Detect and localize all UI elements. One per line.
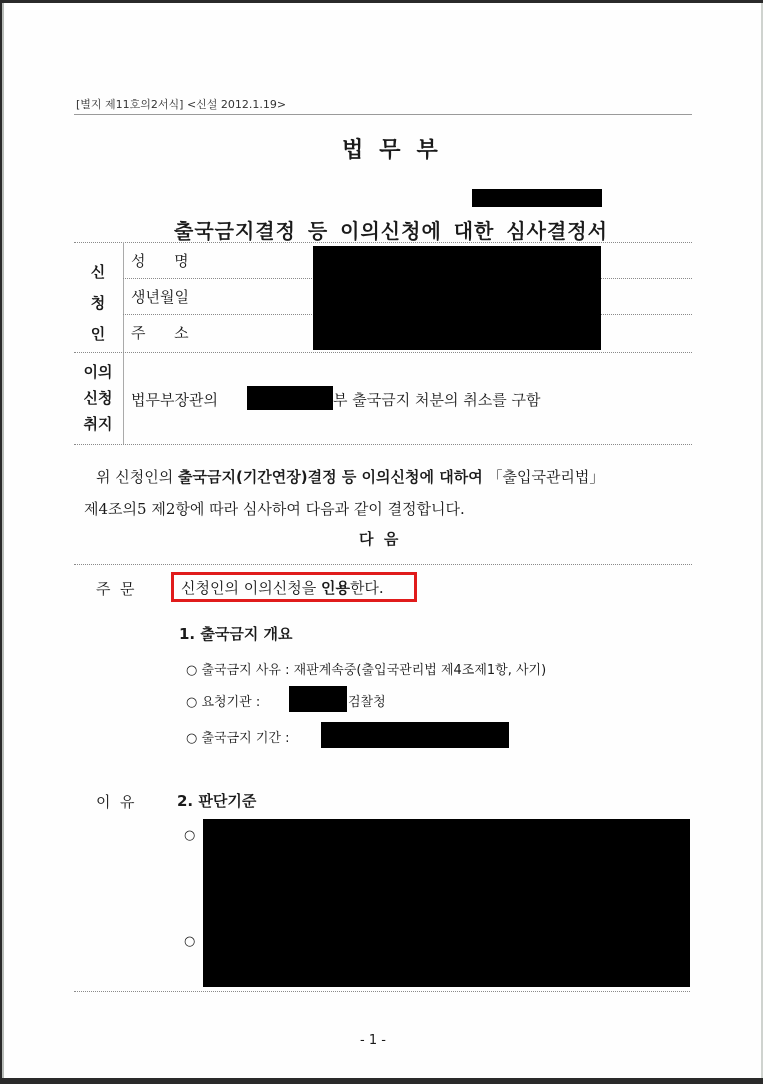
applicant-label-char: 신: [80, 257, 116, 288]
bottom-rule: [74, 991, 690, 992]
header-rule: [74, 114, 692, 115]
agency-suffix: 검찰청: [348, 691, 386, 710]
purpose-label-line: 취지: [78, 411, 118, 437]
redacted-reason-text: [203, 819, 690, 987]
item-text: 출국금지 사유 : 재판계속중(출입국관리법 제4조제1항, 사기): [201, 663, 546, 678]
redacted-purpose-date: [247, 386, 333, 410]
order-text-part: 신청인의 이의신청을: [181, 579, 321, 597]
applicant-label-char: 청: [80, 288, 116, 319]
preamble-line-1: 위 신청인의 출국금지(기간연장)결정 등 이의신청에 대하여 「출입국관리법」: [96, 466, 604, 487]
table-top-rule: [74, 242, 692, 243]
form-tag: [별지 제11호의2서식] <신설 2012.1.19>: [76, 96, 286, 112]
order-text: 신청인의 이의신청을 인용한다.: [181, 577, 384, 598]
redacted-period: [321, 722, 509, 748]
circle-bullet-icon: ○: [186, 663, 197, 678]
section-rule: [74, 564, 692, 565]
table-col-divider: [123, 242, 124, 444]
purpose-label-line: 이의: [78, 359, 118, 385]
item-label: 출국금지 기간 :: [201, 731, 289, 746]
address-label: 주 소: [131, 322, 189, 343]
following-heading: 다 음: [359, 528, 398, 549]
section1-heading: 1. 출국금지 개요: [179, 623, 293, 644]
circle-bullet-icon: ○: [184, 828, 195, 843]
name-label: 성 명: [131, 250, 189, 271]
redacted-agency: [289, 686, 347, 712]
applicant-group-label: 신 청 인: [80, 257, 116, 350]
circle-bullet-icon: ○: [186, 695, 197, 710]
section2-heading: 2. 판단기준: [177, 790, 256, 811]
birthdate-label: 생년월일: [131, 286, 189, 307]
section1-item-agency: ○ 요청기관 :: [186, 691, 260, 710]
purpose-label: 이의 신청 취지: [78, 359, 118, 437]
order-decision: 인용: [321, 579, 350, 597]
section1-item-period: ○ 출국금지 기간 :: [186, 727, 289, 746]
preamble-bold: 출국금지(기간연장)결정 등 이의신청에 대하여: [178, 468, 483, 486]
preamble-line-2: 제4조의5 제2항에 따라 심사하여 다음과 같이 결정합니다.: [84, 498, 465, 519]
preamble-text: 위 신청인의: [96, 468, 178, 486]
circle-bullet-icon: ○: [186, 731, 197, 746]
section1-item-reason: ○ 출국금지 사유 : 재판계속중(출입국관리법 제4조제1항, 사기): [186, 659, 546, 678]
page-number: - 1 -: [360, 1033, 386, 1048]
order-text-part: 한다.: [350, 579, 384, 597]
circle-bullet-icon: ○: [184, 934, 195, 949]
reason-label: 이 유: [96, 791, 135, 812]
redacted-applicant-info: [313, 246, 601, 350]
applicant-label-char: 인: [80, 319, 116, 350]
item-label: 요청기관 :: [201, 695, 260, 710]
preamble-law-ref: 「출입국관리법」: [483, 468, 605, 486]
table-bottom-rule: [74, 444, 692, 445]
purpose-suffix: 부 출국금지 처분의 취소를 구함: [333, 389, 540, 410]
row-divider: [74, 352, 692, 353]
ministry-name: 법무부: [342, 133, 454, 164]
redacted-document-number: [472, 189, 602, 207]
order-label: 주 문: [96, 578, 135, 599]
purpose-prefix: 법무부장관의: [131, 389, 218, 410]
document-page: [별지 제11호의2서식] <신설 2012.1.19> 법무부 출국금지결정 …: [2, 3, 763, 1078]
document-title: 출국금지결정 등 이의신청에 대한 심사결정서: [174, 215, 608, 244]
purpose-label-line: 신청: [78, 385, 118, 411]
